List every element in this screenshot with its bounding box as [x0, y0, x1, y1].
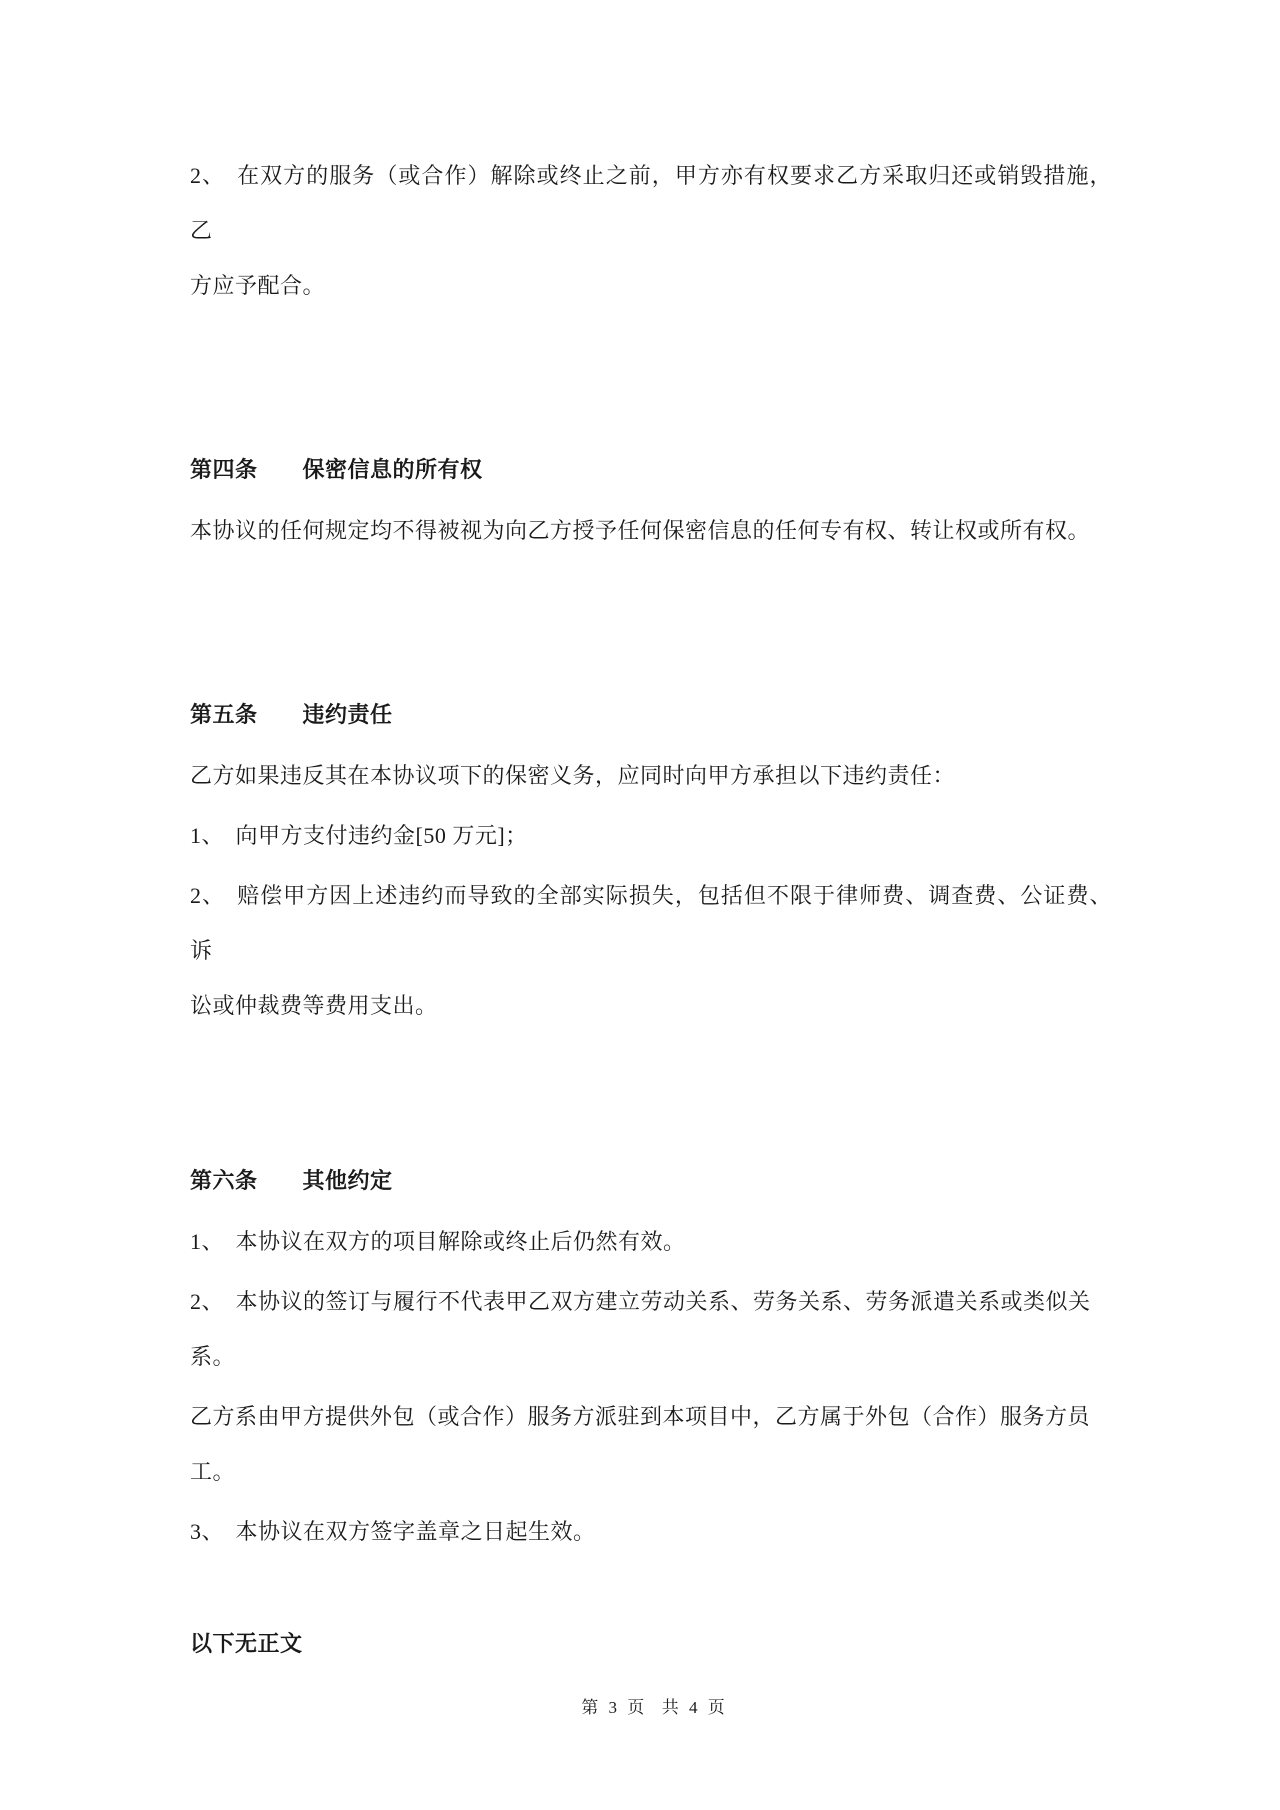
page-footer: 第 3 页 共 4 页 [0, 1672, 1280, 1744]
clause-return-measures: 2、 在双方的服务（或合作）解除或终止之前，甲方亦有权要求乙方采取归还或销毁措施… [190, 148, 1112, 313]
article-4-body: 本协议的任何规定均不得被视为向乙方授予任何保密信息的任何专有权、转让权或所有权。 [190, 503, 1112, 558]
article-6-item-2: 2、 本协议的签订与履行不代表甲乙双方建立劳动关系、劳务关系、劳务派遣关系或类似… [190, 1274, 1112, 1384]
article-5-heading: 第五条 违约责任 [190, 688, 1112, 743]
article-6-heading: 第六条 其他约定 [190, 1154, 1112, 1209]
document-body: 2、 在双方的服务（或合作）解除或终止之前，甲方亦有权要求乙方采取归还或销毁措施… [190, 148, 1112, 1677]
closing-note: 以下无正文 [190, 1617, 1112, 1672]
article-5-item-2: 2、 赔偿甲方因上述违约而导致的全部实际损失，包括但不限于律师费、调查费、公证费… [190, 868, 1112, 1033]
document-page: 2、 在双方的服务（或合作）解除或终止之前，甲方亦有权要求乙方采取归还或销毁措施… [0, 0, 1280, 1810]
article-6-item-2-note: 乙方系由甲方提供外包（或合作）服务方派驻到本项目中，乙方属于外包（合作）服务方员… [190, 1389, 1112, 1499]
article-6-item-3: 3、 本协议在双方签字盖章之日起生效。 [190, 1504, 1112, 1559]
article-4-heading: 第四条 保密信息的所有权 [190, 443, 1112, 498]
article-5-intro: 乙方如果违反其在本协议项下的保密义务，应同时向甲方承担以下违约责任： [190, 748, 1112, 803]
article-5-item-1: 1、 向甲方支付违约金[50 万元]； [190, 808, 1112, 863]
article-6-item-1: 1、 本协议在双方的项目解除或终止后仍然有效。 [190, 1214, 1112, 1269]
page-number-indicator: 第 3 页 共 4 页 [581, 1698, 728, 1717]
